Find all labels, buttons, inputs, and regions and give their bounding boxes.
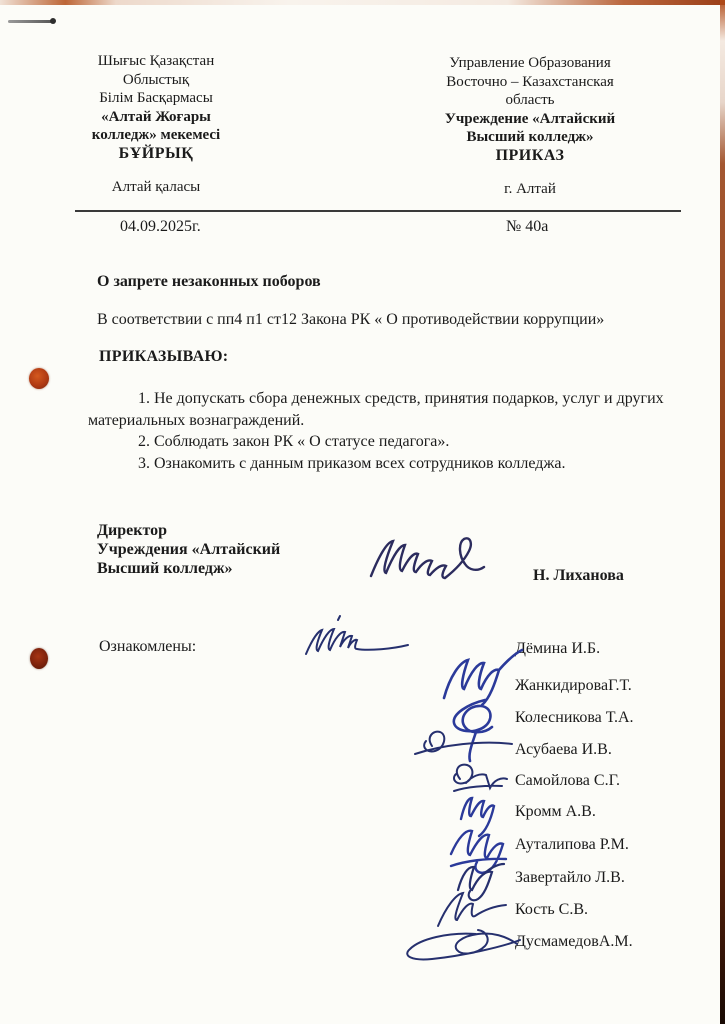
signature-kromm bbox=[461, 798, 494, 836]
binding-hole-bottom bbox=[30, 648, 48, 669]
signature-kost bbox=[438, 893, 506, 926]
org-name-ru-line: Высший колледж» bbox=[405, 128, 655, 147]
signature-asubaeva bbox=[415, 732, 512, 754]
order-items: 1. Не допускать сбора денежных средств, … bbox=[88, 388, 666, 474]
org-name-kz-line: колледж» мекемесі bbox=[72, 126, 240, 145]
order-subject: О запрете незаконных поборов bbox=[97, 273, 321, 291]
director-name: Н. Лиханова bbox=[533, 567, 624, 585]
org-name-kz-line: Облыстық bbox=[72, 71, 240, 90]
org-name-kz-line: Шығыс Қазақстан bbox=[72, 52, 240, 71]
signature-kolesnikova bbox=[454, 700, 492, 761]
signature-dusmamedov bbox=[407, 930, 520, 959]
order-number: № 40а bbox=[506, 218, 548, 236]
org-name-ru-line: Управление Образования bbox=[405, 54, 655, 73]
org-name-ru-line: Восточно – Казахстанская bbox=[405, 73, 655, 92]
header-right-block: Управление Образования Восточно – Казахс… bbox=[405, 54, 655, 165]
signature-demina bbox=[306, 616, 408, 654]
order-item-3: 3. Ознакомить с данным приказом всех сот… bbox=[88, 453, 666, 475]
staple-dot bbox=[50, 18, 56, 24]
order-item-1: 1. Не допускать сбора денежных средств, … bbox=[88, 388, 666, 431]
order-date: 04.09.2025г. bbox=[120, 218, 201, 236]
header-left-block: Шығыс Қазақстан Облыстық Білім Басқармас… bbox=[72, 52, 240, 163]
signature-zavertaylo bbox=[458, 864, 504, 900]
city-ru: г. Алтай bbox=[405, 180, 655, 199]
org-name-kz-line: «Алтай Жоғары bbox=[72, 108, 240, 127]
city-kz: Алтай қаласы bbox=[72, 178, 240, 197]
doc-type-ru: ПРИКАЗ bbox=[405, 147, 655, 166]
signature-zhankidirova bbox=[444, 650, 522, 705]
acknowledged-label: Ознакомлены: bbox=[99, 638, 196, 656]
director-title-block: Директор Учреждения «Алтайский Высший ко… bbox=[97, 521, 280, 578]
order-intro: В соответствии с пп4 п1 ст12 Закона РК «… bbox=[97, 311, 672, 329]
doc-type-kz: БҰЙРЫҚ bbox=[72, 145, 240, 164]
scanned-order-document: Шығыс Қазақстан Облыстық Білім Басқармас… bbox=[0, 0, 725, 1024]
director-signature bbox=[355, 518, 505, 596]
signature-samoylova bbox=[454, 765, 507, 791]
acknowledged-signatures bbox=[280, 598, 540, 988]
director-title-line: Директор bbox=[97, 521, 280, 540]
order-word: ПРИКАЗЫВАЮ: bbox=[99, 348, 228, 366]
header-divider-line bbox=[75, 210, 681, 212]
order-item-2: 2. Соблюдать закон РК « О статусе педаго… bbox=[88, 431, 666, 453]
staple-mark bbox=[8, 20, 54, 23]
director-title-line: Высший колледж» bbox=[97, 559, 280, 578]
binding-hole-top bbox=[29, 368, 49, 389]
director-title-line: Учреждения «Алтайский bbox=[97, 540, 280, 559]
org-name-ru-line: область bbox=[405, 91, 655, 110]
scan-top-edge bbox=[0, 0, 725, 5]
org-name-kz-line: Білім Басқармасы bbox=[72, 89, 240, 108]
scan-right-edge bbox=[720, 0, 725, 1024]
org-name-ru-line: Учреждение «Алтайский bbox=[405, 110, 655, 129]
